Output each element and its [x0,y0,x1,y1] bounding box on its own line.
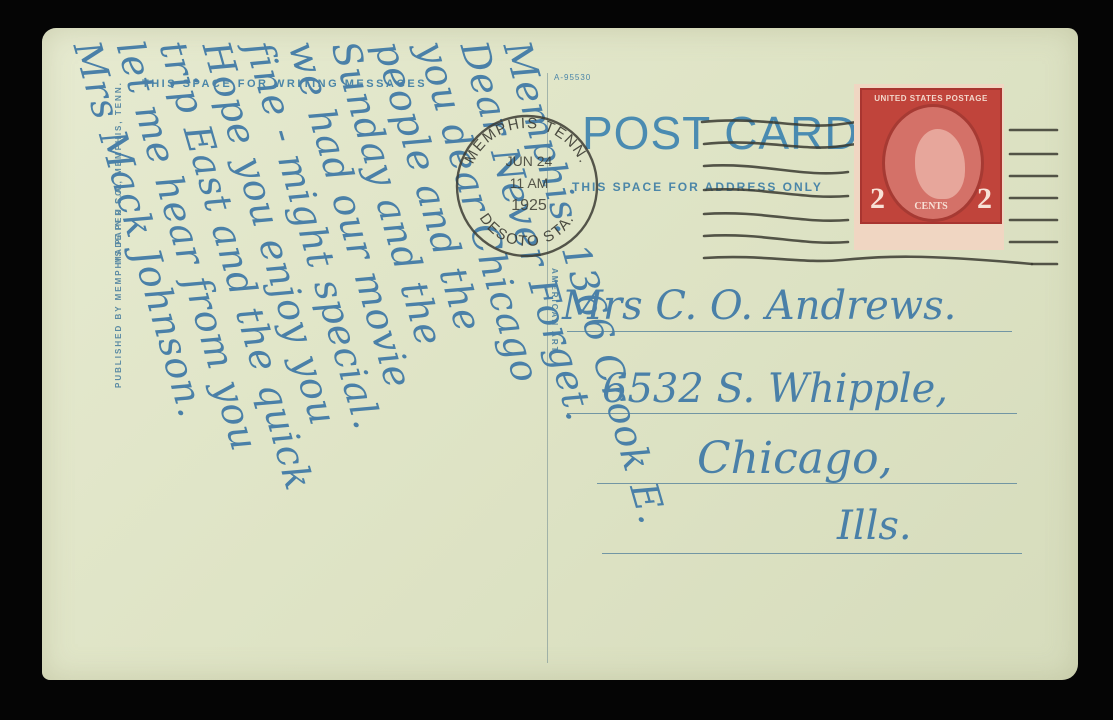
stamp-frame: UNITED STATES POSTAGE 2 2 CENTS [860,88,1002,224]
stamp-value-left: 2 [870,182,885,216]
svg-text:1925: 1925 [511,197,547,214]
postage-stamp: UNITED STATES POSTAGE 2 2 CENTS [854,84,1004,250]
svg-text:DESOTO STA.: DESOTO STA. [476,210,578,250]
postcard-back: THIS SPACE FOR WRITING MESSAGES A-95530 … [42,28,1078,680]
stamp-value-right: 2 [977,182,992,216]
stamp-denomination: CENTS [908,201,954,212]
washington-portrait-icon [915,129,965,199]
svg-text:11 AM: 11 AM [510,175,549,191]
postmark: MEMPHIS TENN. DESOTO STA. JUN 24 11 AM 1… [447,106,607,266]
stamp-top-text: UNITED STATES POSTAGE [868,94,994,103]
svg-text:JUN 24: JUN 24 [506,153,553,169]
